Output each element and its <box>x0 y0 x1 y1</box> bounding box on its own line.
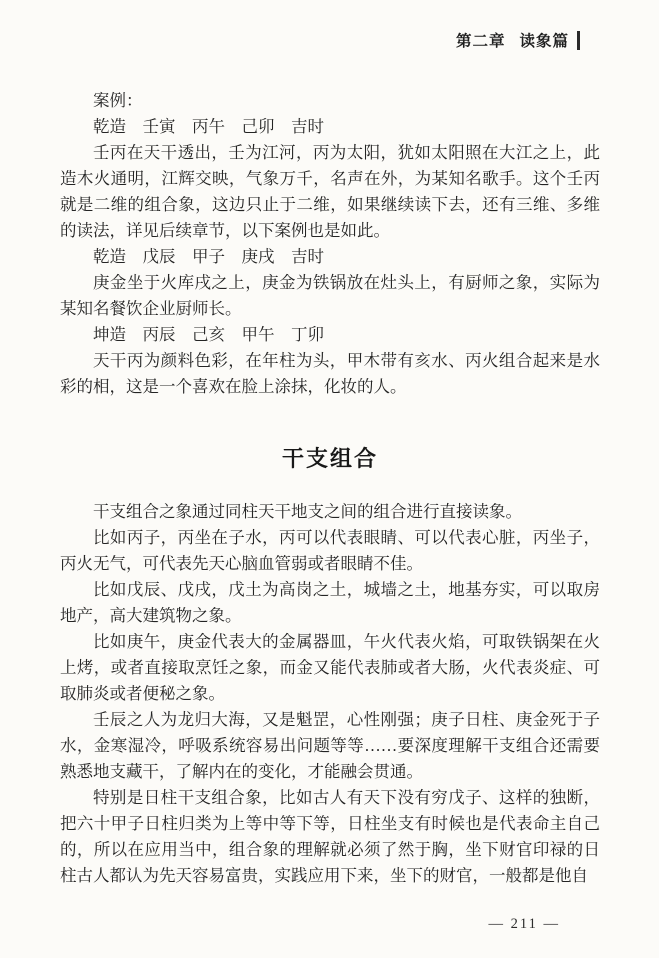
paragraph: 干支组合之象通过同柱天干地支之间的组合进行直接读象。 <box>60 499 600 525</box>
paragraph: 比如丙子，丙坐在子水，丙可以代表眼睛、可以代表心脏，丙坐子，丙火无气，可代表先天… <box>60 525 600 577</box>
paragraph: 壬丙在天干透出，壬为江河，丙为太阳，犹如太阳照在大江之上，此造木火通明，江辉交映… <box>60 140 600 244</box>
page-number: — 211 — <box>489 916 560 933</box>
paragraph: 特别是日柱干支组合象，比如古人有天下没有穷戊子、这样的独断，把六十甲子日柱归类为… <box>60 785 600 889</box>
pillars-line-qianzao-2: 乾造 戊辰 甲子 庚戌 吉时 <box>60 244 600 270</box>
running-header: 第二章 读象篇 <box>456 29 580 51</box>
section-heading: 干支组合 <box>60 446 600 472</box>
paragraph: 比如庚午，庚金代表大的金属器皿，午火代表火焰，可取铁锅架在火上烤，或者直接取烹饪… <box>60 629 600 707</box>
chapter-label: 第二章 <box>456 29 506 51</box>
pillars-line-kunzao: 坤造 丙辰 己亥 甲午 丁卯 <box>60 322 600 348</box>
header-edge-mark <box>577 31 580 50</box>
pillars-line-qianzao-1: 乾造 壬寅 丙午 己卯 吉时 <box>60 114 600 140</box>
paragraph: 比如戊辰、戊戌，戊土为高岗之土，城墙之土，地基夯实，可以取房地产，高大建筑物之象… <box>60 577 600 629</box>
text-column: 案例： 乾造 壬寅 丙午 己卯 吉时 壬丙在天干透出，壬为江河，丙为太阳，犹如太… <box>60 88 600 889</box>
paragraph: 庚金坐于火库戌之上，庚金为铁锅放在灶头上，有厨师之象，实际为某知名餐饮企业厨师长… <box>60 270 600 322</box>
section-label: 读象篇 <box>519 29 569 51</box>
paragraph: 天干丙为颜料色彩，在年柱为头，甲木带有亥水、丙火组合起来是水彩的相，这是一个喜欢… <box>60 348 600 400</box>
paragraph: 案例： <box>60 88 600 114</box>
book-page: 第二章 读象篇 案例： 乾造 壬寅 丙午 己卯 吉时 壬丙在天干透出，壬为江河，… <box>0 0 659 958</box>
paragraph: 壬辰之人为龙归大海，又是魁罡，心性刚强；庚子日柱、庚金死于子水，金寒湿冷，呼吸系… <box>60 707 600 785</box>
